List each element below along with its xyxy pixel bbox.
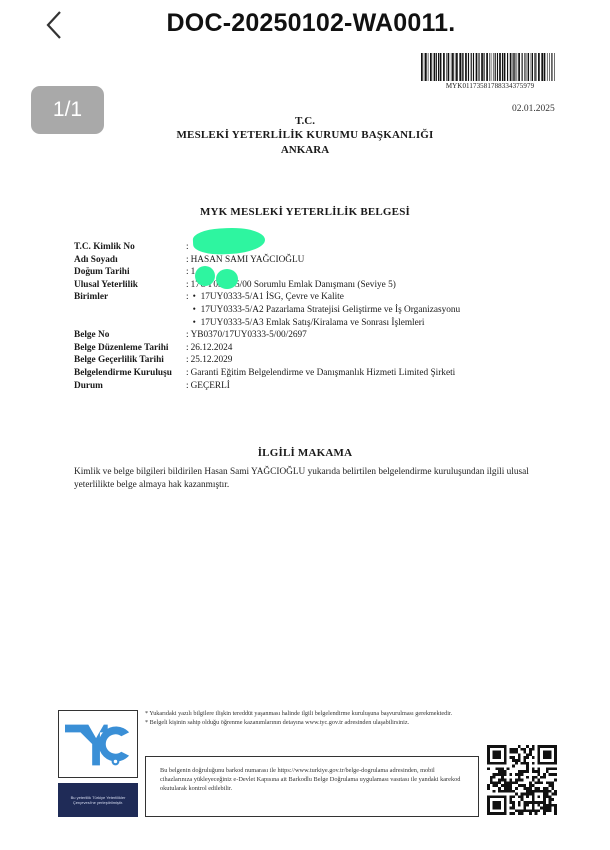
units-list: 17UY0333-5/A1 İSG, Çevre ve Kalite 17UY0… xyxy=(191,291,461,329)
field-label: Belge No xyxy=(74,329,186,342)
field-gecerlilik-tarihi: Belge Geçerlilik Tarihi :25.12.2029 xyxy=(74,354,554,367)
field-value: HASAN SAMI YAĞCIOĞLU xyxy=(191,255,305,265)
field-label: Belgelendirme Kuruluşu xyxy=(74,367,186,380)
field-value: YB0370/17UY0333-5/00/2697 xyxy=(191,330,307,340)
verification-box: Bu belgenin doğruluğunu barkod numarası … xyxy=(145,756,479,817)
field-value: Garanti Eğitim Belgelendirme ve Danışman… xyxy=(191,368,456,378)
field-label: Belge Düzenleme Tarihi xyxy=(74,342,186,355)
qr-code xyxy=(487,745,557,815)
eqf-badge: Bu yeterlilik Türkiye Yeterlilikler Çerç… xyxy=(58,783,138,817)
field-label: Doğum Tarihi xyxy=(74,266,186,279)
field-value: 26.12.2024 xyxy=(191,343,233,353)
footnotes: * Yukarıdaki yazılı bilgilere ilişkin te… xyxy=(145,710,475,727)
field-label: Ulusal Yeterlilik xyxy=(74,279,186,292)
document-title: DOC-20250102-WA0011. xyxy=(0,9,610,38)
status-value: GEÇERLİ xyxy=(191,381,230,391)
section-heading: İLGİLİ MAKAMA xyxy=(0,447,610,459)
footnote-2: * Belgeli kişinin sahip olduğu öğrenme k… xyxy=(145,719,475,728)
issue-date: 02.01.2025 xyxy=(512,104,555,114)
header-institution: MESLEKİ YETERLİLİK KURUMU BAŞKANLIĞI xyxy=(0,129,610,141)
field-durum: Durum :GEÇERLİ xyxy=(74,380,554,393)
tyc-logo-icon xyxy=(59,711,137,777)
field-kurulus: Belgelendirme Kuruluşu :Garanti Eğitim B… xyxy=(74,367,554,380)
field-value: 25.12.2029 xyxy=(191,355,233,365)
certificate-fields: T.C. Kimlik No : Adı Soyadı :HASAN SAMI … xyxy=(74,241,554,392)
verification-text: Bu belgenin doğruluğunu barkod numarası … xyxy=(160,767,460,792)
certification-statement: Kimlik ve belge bilgileri bildirilen Has… xyxy=(74,466,544,492)
barcode: MYK01173581788334375979 xyxy=(421,53,559,90)
field-label: Belge Geçerlilik Tarihi xyxy=(74,354,186,367)
field-ulusal-yeterlilik: Ulusal Yeterlilik :17UY0333-5/00 Sorumlu… xyxy=(74,279,554,292)
unit-item: 17UY0333-5/A2 Pazarlama Stratejisi Geliş… xyxy=(191,304,461,317)
field-tc-kimlik: T.C. Kimlik No : xyxy=(74,241,554,254)
field-label: T.C. Kimlik No xyxy=(74,241,186,254)
footnote-1: * Yukarıdaki yazılı bilgilere ilişkin te… xyxy=(145,710,475,719)
header-line-1: T.C. xyxy=(0,115,610,127)
field-duzenleme-tarihi: Belge Düzenleme Tarihi :26.12.2024 xyxy=(74,342,554,355)
redaction-mark xyxy=(216,269,238,289)
barcode-number: MYK01173581788334375979 xyxy=(421,82,559,90)
field-label: Birimler xyxy=(74,291,186,329)
field-belge-no: Belge No :YB0370/17UY0333-5/00/2697 xyxy=(74,329,554,342)
tyc-logo xyxy=(58,710,138,778)
certificate-heading: MYK MESLEKİ YETERLİLİK BELGESİ xyxy=(0,206,610,218)
field-dogum-tarihi: Doğum Tarihi :1 xyxy=(74,266,554,279)
field-label: Durum xyxy=(74,380,186,393)
unit-item: 17UY0333-5/A1 İSG, Çevre ve Kalite xyxy=(191,291,461,304)
field-label: Adı Soyadı xyxy=(74,254,186,267)
header-city: ANKARA xyxy=(0,144,610,156)
field-birimler: Birimler : 17UY0333-5/A1 İSG, Çevre ve K… xyxy=(74,291,554,329)
qr-code-icon xyxy=(487,745,557,815)
redaction-mark xyxy=(195,266,215,286)
unit-item: 17UY0333-5/A3 Emlak Satış/Kiralama ve So… xyxy=(191,317,461,330)
field-adi-soyadi: Adı Soyadı :HASAN SAMI YAĞCIOĞLU xyxy=(74,254,554,267)
barcode-icon xyxy=(421,53,557,81)
